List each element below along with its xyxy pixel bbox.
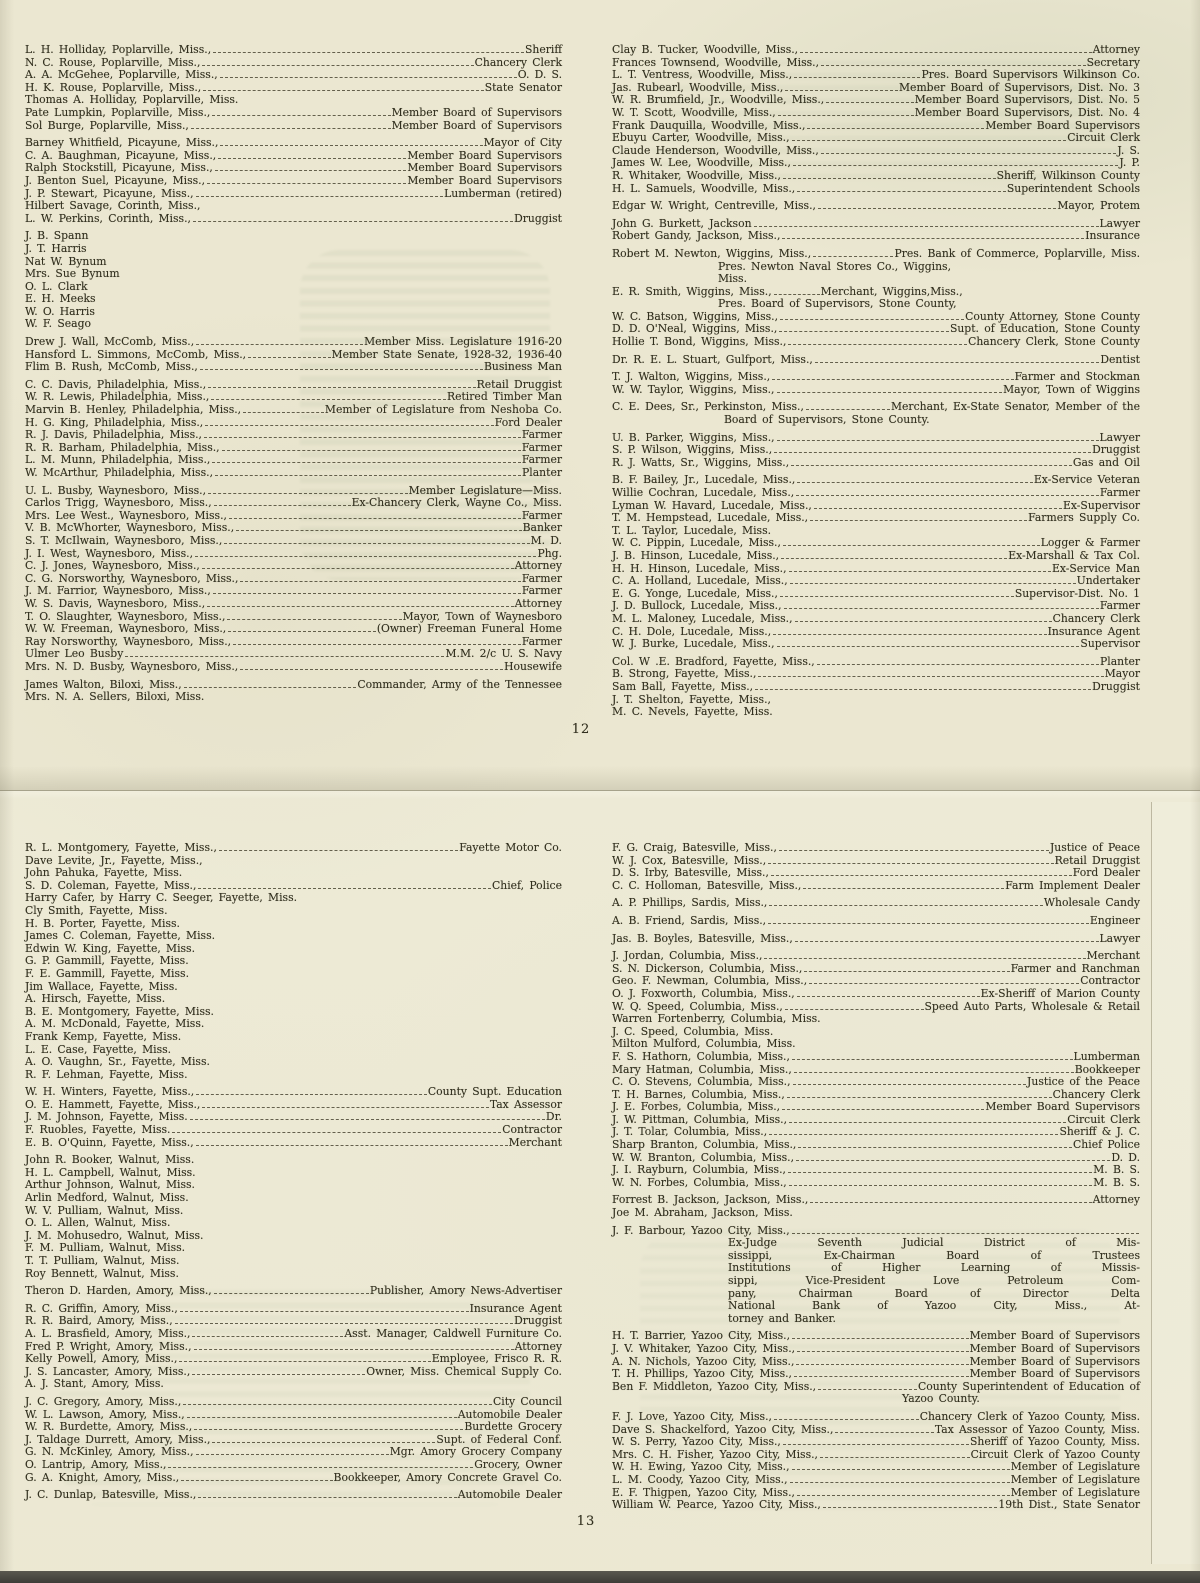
leader-dots (236, 530, 521, 531)
directory-entry: Barney Whitfield, Picayune, Miss.,Mayor … (25, 137, 562, 150)
entry-name: D. S. Irby, Batesville, Miss., (612, 867, 769, 880)
leader-dots (790, 583, 1076, 584)
entry-name: C. A. Holland, Lucedale, Miss., (612, 575, 788, 588)
leader-dots (796, 1160, 1110, 1161)
leader-dots (769, 1134, 1058, 1135)
leader-dots (813, 256, 893, 257)
directory-entry: J. C. Gregory, Amory, Miss.,City Council (25, 1396, 562, 1409)
leader-dots (198, 888, 491, 889)
entry-occupation: Lumberman (1074, 1051, 1140, 1064)
entry-occupation: Ex-Chancery Clerk, Wayne Co., Miss. (352, 497, 562, 510)
directory-entry: R. Whitaker, Woodville, Miss.,Sheriff, W… (612, 170, 1140, 183)
leader-dots (168, 1467, 473, 1468)
leader-dots (792, 1233, 1139, 1234)
entry-name: Clay B. Tucker, Woodville, Miss., (612, 44, 798, 57)
entry-group: Robert M. Newton, Wiggins, Miss.,Pres. B… (612, 248, 1140, 349)
entry-group: R. C. Griffin, Amory, Miss.,Insurance Ag… (25, 1303, 562, 1391)
directory-entry: William W. Pearce, Yazoo City, Miss.,19t… (612, 1499, 1140, 1512)
entry-name: A. O. Vaughn, Sr., Fayette, Miss. (25, 1056, 210, 1069)
entry-occupation: Chancery Clerk (1053, 613, 1140, 626)
entry-name: R. F. Lehman, Fayette, Miss. (25, 1069, 188, 1082)
entry-name: S. T. McIlwain, Waynesboro, Miss., (25, 535, 222, 548)
leader-dots (778, 115, 914, 116)
entry-name: Mrs. Sue Bynum (25, 268, 120, 281)
entry-occupation: Member Board Supervisors (985, 1101, 1140, 1114)
continuation-line: Pres. Newton Naval Stores Co., Wiggins, (718, 261, 1140, 274)
leader-dots (213, 593, 521, 594)
entry-name: Ebuyu Carter, Woodville, Miss., (612, 132, 790, 145)
directory-entry: W. F. Seago (25, 318, 562, 331)
entry-occupation: Mayor, Town of Wiggins (1003, 384, 1140, 397)
entry-group: Barney Whitfield, Picayune, Miss.,Mayor … (25, 137, 562, 225)
continuation-line: Miss. (718, 273, 1140, 286)
entry-name: James C. Coleman, Fayette, Miss. (25, 930, 215, 943)
entry-name: Frank Kemp, Fayette, Miss. (25, 1031, 181, 1044)
directory-entry: Jas. B. Boyles, Batesville, Miss.,Lawyer (612, 933, 1140, 946)
directory-entry: J. Benton Suel, Picayune, Miss.,Member B… (25, 175, 562, 188)
entry-name: F. S. Hathorn, Columbia, Miss., (612, 1051, 790, 1064)
leader-dots (806, 409, 890, 410)
entry-group: H. T. Barrier, Yazoo City, Miss.,Member … (612, 1330, 1140, 1406)
entry-name: W. McArthur, Philadelphia, Miss., (25, 467, 213, 480)
entry-name: R. Whitaker, Woodville, Miss., (612, 170, 781, 183)
entry-name: W. S. Perry, Yazoo City, Miss., (612, 1436, 781, 1449)
entry-occupation: Druggist (1092, 444, 1140, 457)
directory-entry: R. L. Montgomery, Fayette, Miss.,Fayette… (25, 842, 562, 855)
leader-dots (768, 863, 1053, 864)
directory-entry: D. S. Irby, Batesville, Miss.,Ford Deale… (612, 867, 1140, 880)
continuation-line: sippi, Vice-President Love Petroleum Com… (728, 1275, 1140, 1288)
leader-dots (780, 596, 1014, 597)
entry-occupation: O. D. S. (518, 69, 562, 82)
leader-dots (758, 676, 1103, 677)
entry-name: Cly Smith, Fayette, Miss. (25, 905, 168, 918)
entry-occupation: Sheriff of Yazoo County, Miss. (970, 1436, 1140, 1449)
leader-dots (198, 1497, 456, 1498)
entry-group: Col. W .E. Bradford, Fayette, Miss.,Plan… (612, 656, 1140, 719)
entry-group: L. H. Holliday, Poplarville, Miss.,Sheri… (25, 44, 562, 132)
leader-dots (229, 518, 521, 519)
directory-entry: Sharp Branton, Columbia, Miss.,Chief Pol… (612, 1139, 1140, 1152)
page-13-left-column: R. L. Montgomery, Fayette, Miss.,Fayette… (25, 842, 562, 1507)
entry-occupation: Circuit Clerk (1067, 132, 1140, 145)
entry-occupation: Druggist (514, 213, 562, 226)
entry-name: Mrs. N. A. Sellers, Biloxi, Miss. (25, 691, 204, 704)
directory-entry: R. J. Watts, Sr., Wiggins, Miss.,Gas and… (612, 457, 1140, 470)
entry-name: R. J. Watts, Sr., Wiggins, Miss., (612, 457, 789, 470)
leader-dots (768, 923, 1089, 924)
entry-name: A. Hirsch, Fayette, Miss. (25, 993, 165, 1006)
directory-entry: A. O. Vaughn, Sr., Fayette, Miss. (25, 1056, 562, 1069)
entry-occupation: Member of Legislature from Neshoba Co. (325, 404, 562, 417)
leader-dots (774, 294, 820, 295)
entry-name: T. T. Pulliam, Walnut, Miss. (25, 1255, 179, 1268)
directory-entry: J. V. Whitaker, Yazoo City, Miss.,Member… (612, 1343, 1140, 1356)
directory-entry: W. McArthur, Philadelphia, Miss.,Planter (25, 467, 562, 480)
leader-dots (779, 331, 949, 332)
page-number-13: 13 (546, 1514, 626, 1529)
entry-name: O. L. Allen, Walnut, Miss. (25, 1217, 170, 1230)
entry-name: Ben F. Middleton, Yazoo City, Miss., (612, 1381, 816, 1394)
directory-entry: Mrs. N. A. Sellers, Biloxi, Miss. (25, 691, 562, 704)
leader-dots (212, 1442, 435, 1443)
entry-occupation: Housewife (504, 661, 562, 674)
leader-dots (218, 158, 406, 159)
entry-occupation: Ex-Sheriff of Marion County (981, 988, 1140, 1001)
entry-group: R. L. Montgomery, Fayette, Miss.,Fayette… (25, 842, 562, 1081)
leader-dots (196, 1145, 508, 1146)
entry-name: M. C. Nevels, Fayette, Miss. (612, 706, 773, 719)
entry-name: R. L. Montgomery, Fayette, Miss., (25, 842, 217, 855)
leader-dots (795, 621, 1052, 622)
leader-dots (796, 1364, 968, 1365)
leader-dots (792, 140, 1067, 141)
leader-dots (755, 689, 1091, 690)
directory-entry: John R. Booker, Walnut, Miss. (25, 1154, 562, 1167)
entry-name: S. P. Wilson, Wiggins, Miss., (612, 444, 772, 457)
directory-entry: T. M. Hempstead, Lucedale, Miss.,Farmers… (612, 512, 1140, 525)
entry-occupation: Member Board of Supervisors (392, 107, 562, 120)
directory-entry: W. J. Burke, Lucedale, Miss.,Supervisor (612, 638, 1140, 651)
leader-dots (797, 1495, 1010, 1496)
entry-name: C. J. Jones, Waynesboro, Miss., (25, 560, 200, 573)
leader-dots (823, 1507, 997, 1508)
entry-group: John G. Burkett, JacksonLawyerRobert Gan… (612, 218, 1140, 243)
leader-dots (809, 983, 1079, 984)
entry-group: Drew J. Wall, McComb, Miss.,Member Miss.… (25, 336, 562, 374)
entry-group: J. F. Barbour, Yazoo City, Miss.,Ex-Judg… (612, 1225, 1140, 1326)
entry-occupation: Automobile Dealer (458, 1489, 562, 1502)
continuation-line: Yazoo County. (902, 1393, 1140, 1406)
entry-occupation: Chancery Clerk, Stone County (968, 336, 1140, 349)
entry-occupation: Burdette Grocery (464, 1421, 562, 1434)
directory-entry: A. Hirsch, Fayette, Miss. (25, 993, 562, 1006)
directory-entry: E. B. O'Quinn, Fayette, Miss.,Merchant (25, 1137, 562, 1150)
leader-dots (179, 1361, 430, 1362)
entry-group: T. J. Walton, Wiggins, Miss.,Farmer and … (612, 371, 1140, 396)
entry-occupation: Farmer and Stockman (1015, 371, 1140, 384)
continuation-line: Pres. Board of Supervisors, Stone County… (718, 298, 1140, 311)
directory-entry: James C. Coleman, Fayette, Miss. (25, 930, 562, 943)
page-12-left-column: L. H. Holliday, Poplarville, Miss.,Sheri… (25, 44, 562, 709)
entry-name: W. N. Forbes, Columbia, Miss., (612, 1177, 787, 1190)
entry-group: F. G. Craig, Batesville, Miss.,Justice o… (612, 842, 1140, 892)
entry-name: T. H. Phillips, Yazoo City, Miss., (612, 1368, 792, 1381)
leader-dots (772, 379, 1013, 380)
entry-occupation: Planter (522, 467, 562, 480)
entry-occupation: Farmer (1100, 487, 1140, 500)
page-fold-shadow (0, 766, 1200, 790)
leader-dots (220, 77, 517, 78)
entry-occupation: Farmer (522, 429, 562, 442)
leader-dots (797, 191, 1006, 192)
entry-group: U. B. Parker, Wiggins, Miss.,LawyerS. P.… (612, 432, 1140, 470)
entry-name: J. I. Rayburn, Columbia, Miss., (612, 1164, 786, 1177)
directory-entry: Marvin B. Henley, Philadelphia, Miss.,Me… (25, 404, 562, 417)
leader-dots (207, 606, 513, 607)
leader-dots (781, 558, 1007, 559)
entry-name: Theron D. Harden, Amory, Miss., (25, 1285, 212, 1298)
entry-name: Flim B. Rush, McComb, Miss., (25, 361, 198, 374)
entry-name: E. B. O'Quinn, Fayette, Miss., (25, 1137, 194, 1150)
entry-occupation: 19th Dist., State Senator (998, 1499, 1140, 1512)
leader-dots (769, 905, 1043, 906)
entry-occupation: Gas and Oil (1073, 457, 1140, 470)
leader-dots (785, 1009, 924, 1010)
entry-name: Jas. B. Boyles, Batesville, Miss., (612, 933, 793, 946)
leader-dots (180, 1311, 469, 1312)
directory-entry: J. Jordan, Columbia, Miss.,Merchant (612, 950, 1140, 963)
leader-dots (196, 1094, 427, 1095)
directory-entry: Drew J. Wall, McComb, Miss.,Member Miss.… (25, 336, 562, 349)
directory-entry: E. H. Meeks (25, 293, 562, 306)
leader-dots (181, 1480, 332, 1481)
continuation-line: Ex-Judge Seventh Judicial District of Mi… (728, 1237, 1140, 1250)
directory-entry: H. L. Samuels, Woodville, Miss.,Superint… (612, 183, 1140, 196)
directory-entry: J. B. Spann (25, 230, 562, 243)
directory-entry: Clay B. Tucker, Woodville, Miss.,Attorne… (612, 44, 1140, 57)
leader-dots (215, 170, 407, 171)
entry-occupation: Lumberman (retired) (444, 188, 562, 201)
entry-group: Forrest B. Jackson, Jackson, Miss.,Attor… (612, 1194, 1140, 1219)
leader-dots (208, 493, 408, 494)
directory-entry: W. W. Taylor, Wiggins, Miss.,Mayor, Town… (612, 384, 1140, 397)
directory-entry: S. P. Wilson, Wiggins, Miss.,Druggist (612, 444, 1140, 457)
entry-group: James Walton, Biloxi, Miss.,Commander, A… (25, 679, 562, 704)
entry-name: J. E. Forbes, Columbia, Miss., (612, 1101, 780, 1114)
entry-occupation: Member Board of Supervisors (970, 1368, 1140, 1381)
entry-occupation: Pres. Bank of Commerce, Poplarville, Mis… (894, 248, 1140, 261)
directory-entry: J. B. Hinson, Lucedale, Miss.,Ex-Marshal… (612, 550, 1140, 563)
page-13: R. L. Montgomery, Fayette, Miss.,Fayette… (0, 793, 1200, 1572)
directory-entry: W. R. Burdette, Amory, Miss.,Burdette Gr… (25, 1421, 562, 1434)
entry-occupation: Contractor (502, 1124, 562, 1137)
leader-dots (207, 183, 406, 184)
entry-occupation: Member of Legislature (1011, 1474, 1140, 1487)
leader-dots (804, 971, 1009, 972)
entry-occupation: Sheriff (525, 44, 562, 57)
directory-entry: C. J. Jones, Waynesboro, Miss.,Attorney (25, 560, 562, 573)
leader-dots (796, 495, 1099, 496)
leader-dots (194, 1349, 514, 1350)
directory-entry: F. S. Hathorn, Columbia, Miss.,Lumberman (612, 1051, 1140, 1064)
leader-dots (194, 1429, 463, 1430)
entry-name: A. L. Brasfield, Amory, Miss., (25, 1328, 190, 1341)
directory-entry: Robert M. Newton, Wiggins, Miss.,Pres. B… (612, 248, 1140, 261)
entry-occupation: Publisher, Amory News-Advertiser (370, 1285, 562, 1298)
directory-entry: Roy Bennett, Walnut, Miss. (25, 1268, 562, 1281)
entry-name: J. C. Dunlap, Batesville, Miss., (25, 1489, 196, 1502)
leader-dots (791, 465, 1072, 466)
leader-dots (826, 102, 914, 103)
leader-dots (818, 1389, 917, 1390)
entry-group: C. C. Davis, Philadelphia, Miss.,Retail … (25, 379, 562, 480)
entry-group: B. F. Bailey, Jr., Lucedale, Miss.,Ex-Se… (612, 474, 1140, 650)
entry-name: Edgar W. Wright, Centreville, Miss., (612, 200, 816, 213)
continuation-line: National Bank of Yazoo City, Miss., At- (728, 1300, 1140, 1313)
directory-entry: J. T. Harris (25, 243, 562, 256)
directory-entry: Sam Ball, Fayette, Miss.,Druggist (612, 681, 1140, 694)
entry-occupation: Attorney (515, 598, 562, 611)
entry-name: F. G. Craig, Batesville, Miss., (612, 842, 777, 855)
entry-occupation: County Supt. Education (428, 1086, 562, 1099)
directory-entry: F. G. Craig, Batesville, Miss.,Justice o… (612, 842, 1140, 855)
directory-entry: A. B. Friend, Sardis, Miss.,Engineer (612, 915, 1140, 928)
entry-name: L. W. Perkins, Corinth, Miss., (25, 213, 191, 226)
entry-name: Hollie T. Bond, Wiggins, Miss., (612, 336, 786, 349)
entry-occupation: Attorney (1093, 1194, 1140, 1207)
entry-group: Clay B. Tucker, Woodville, Miss.,Attorne… (612, 44, 1140, 195)
leader-dots (787, 1097, 1052, 1098)
entry-name: J. T. Harris (25, 243, 87, 256)
entry-name: A. A. McGehee, Poplarville, Miss., (25, 69, 218, 82)
leader-dots (789, 571, 1051, 572)
entry-name: J. Benton Suel, Picayune, Miss., (25, 175, 205, 188)
entry-name: Carlos Trigg, Waynesboro, Miss., (25, 497, 212, 510)
leader-dots (788, 1172, 1092, 1173)
entry-occupation: Member Miss. Legislature 1916-20 (364, 336, 562, 349)
leader-dots (797, 1351, 969, 1352)
leader-dots (835, 1432, 933, 1433)
entry-name: Hilbert Savage, Corinth, Miss., (25, 200, 200, 213)
entry-name: W. W. Taylor, Wiggins, Miss., (612, 384, 775, 397)
directory-entry: J. I. Rayburn, Columbia, Miss.,M. B. S. (612, 1164, 1140, 1177)
directory-entry: Ben F. Middleton, Yazoo City, Miss.,Coun… (612, 1381, 1140, 1394)
directory-entry: A. J. Stant, Amory, Miss. (25, 1378, 562, 1391)
directory-entry: O. L. Clark (25, 281, 562, 294)
entry-occupation: Member Board of Supervisors (392, 120, 562, 133)
leader-dots (754, 226, 1099, 227)
entry-group: Theron D. Harden, Amory, Miss.,Publisher… (25, 1285, 562, 1298)
entry-name: W. J. Burke, Lucedale, Miss., (612, 638, 775, 651)
directory-entry: J. C. Dunlap, Batesville, Miss.,Automobi… (25, 1489, 562, 1502)
leader-dots (794, 1376, 969, 1377)
leader-dots (240, 669, 503, 670)
entry-name: Roy Bennett, Walnut, Miss. (25, 1268, 179, 1281)
entry-name: Robert Gandy, Jackson, Miss., (612, 230, 780, 243)
directory-entry: Flim B. Rush, McComb, Miss.,Business Man (25, 361, 562, 374)
directory-entry: Sol Burge, Poplarville, Miss.,Member Boa… (25, 120, 562, 133)
leader-dots (184, 687, 357, 688)
leader-dots (814, 508, 1062, 509)
directory-entry: W. W. Freeman, Waynesboro, Miss.,(Owner)… (25, 623, 562, 636)
entry-name: W. T. Scott, Woodville, Miss., (612, 107, 776, 120)
leader-dots (782, 1109, 984, 1110)
leader-dots (788, 344, 967, 345)
directory-entry: W. N. Forbes, Columbia, Miss.,M. B. S. (612, 1177, 1140, 1190)
leader-dots (190, 1119, 545, 1120)
directory-entry: A. L. Brasfield, Amory, Miss.,Asst. Mana… (25, 1328, 562, 1341)
entry-name: O. Lantrip, Amory, Miss., (25, 1459, 166, 1472)
entry-name: O. J. Foxworth, Columbia, Miss., (612, 988, 795, 1001)
directory-entry: T. J. Walton, Wiggins, Miss.,Farmer and … (612, 371, 1140, 384)
entry-occupation: Chief, Police (492, 880, 562, 893)
leader-dots (205, 425, 494, 426)
leader-dots (795, 941, 1099, 942)
leader-dots (187, 1417, 457, 1418)
directory-entry: A. A. McGehee, Poplarville, Miss.,O. D. … (25, 69, 562, 82)
bottom-scan-edge (0, 1571, 1200, 1583)
leader-dots (777, 646, 1080, 647)
directory-entry: Carlos Trigg, Waynesboro, Miss.,Ex-Chanc… (25, 497, 562, 510)
entry-occupation: Attorney (1093, 44, 1140, 57)
leader-dots (810, 1202, 1091, 1203)
directory-entry: A. P. Phillips, Sardis, Miss.,Wholesale … (612, 897, 1140, 910)
leader-dots (220, 145, 482, 146)
entry-occupation: M. B. S. (1093, 1177, 1140, 1190)
entry-name: A. P. Phillips, Sardis, Miss., (612, 897, 767, 910)
directory-entry: S. T. McIlwain, Waynesboro, Miss.,M. D. (25, 535, 562, 548)
entry-occupation: Bookkeeper, Amory Concrete Gravel Co. (334, 1472, 562, 1485)
entry-occupation: State Senator (485, 82, 562, 95)
entry-name: Marvin B. Henley, Philadelphia, Miss., (25, 404, 241, 417)
entry-occupation: City Council (493, 1396, 562, 1409)
directory-entry: Mrs. Sue Bynum (25, 268, 562, 281)
directory-entry: Willie Cochran, Lucedale, Miss.,Farmer (612, 487, 1140, 500)
entry-name: E. H. Meeks (25, 293, 96, 306)
directory-entry: Dr. R. E. L. Stuart, Gulfport, Miss.,Den… (612, 354, 1140, 367)
leader-dots (195, 556, 536, 557)
entry-name: Mrs. N. D. Busby, Waynesboro, Miss., (25, 661, 238, 674)
directory-entry: W. O. Harris (25, 306, 562, 319)
entry-occupation: Merchant (509, 1137, 562, 1150)
leader-dots (777, 440, 1099, 441)
entry-occupation: Commander, Army of the Tennessee (357, 679, 562, 692)
entry-occupation: Wholesale Candy (1044, 897, 1140, 910)
leader-dots (783, 1444, 969, 1445)
directory-entry: W. S. Perry, Yazoo City, Miss.,Sheriff o… (612, 1436, 1140, 1449)
directory-entry: Warren Fortenberry, Columbia, Miss. (612, 1013, 1140, 1026)
directory-entry: L. T. Ventress, Woodville, Miss.,Pres. B… (612, 69, 1140, 82)
entry-occupation: Chancery Clerk of Yazoo County, Miss. (920, 1411, 1140, 1424)
leader-dots (227, 619, 401, 620)
leader-dots (779, 850, 1049, 851)
entry-group: A. P. Phillips, Sardis, Miss.,Wholesale … (612, 897, 1140, 910)
entry-name: W. S. Davis, Waynesboro, Miss., (25, 598, 205, 611)
leader-dots (193, 221, 513, 222)
directory-entry: O. L. Allen, Walnut, Miss. (25, 1217, 562, 1230)
leader-dots (782, 238, 1084, 239)
leader-dots (192, 1374, 365, 1375)
entry-occupation: Speed Auto Parts, Wholesale & Retail (925, 1001, 1140, 1014)
directory-entry: Kelly Powell, Amory, Miss.,Employee, Fri… (25, 1353, 562, 1366)
leader-dots (794, 77, 920, 78)
continuation-line: torney and Banker. (728, 1313, 1140, 1326)
entry-name: W. H. Winters, Fayette, Miss., (25, 1086, 194, 1099)
directory-entry: O. Lantrip, Amory, Miss.,Grocery, Owner (25, 1459, 562, 1472)
entry-occupation: Member Board Supervisors, Dist. No. 4 (915, 107, 1140, 120)
entry-occupation: M. D. (531, 535, 562, 548)
entry-occupation: Insurance (1085, 230, 1140, 243)
entry-name: A. J. Stant, Amory, Miss. (25, 1378, 164, 1391)
entry-name: Pate Lumpkin, Poplarville, Miss., (25, 107, 210, 120)
entry-name: Sharp Branton, Columbia, Miss., (612, 1139, 796, 1152)
leader-dots (821, 65, 1086, 66)
leader-dots (175, 1323, 513, 1324)
entry-name: William W. Pearce, Yazoo City, Miss., (612, 1499, 821, 1512)
directory-entry: John Pahuka, Fayette, Miss. (25, 867, 562, 880)
directory-entry: L. M. Coody, Yazoo City, Miss.,Member of… (612, 1474, 1140, 1487)
leader-dots (213, 52, 524, 53)
leader-dots (821, 153, 1117, 154)
leader-dots (784, 608, 1099, 609)
leader-dots (774, 1419, 919, 1420)
entry-name: J. B. Hinson, Lucedale, Miss., (612, 550, 779, 563)
entry-name: L. M. Coody, Yazoo City, Miss., (612, 1474, 788, 1487)
entry-name: J. V. Whitaker, Yazoo City, Miss., (612, 1343, 795, 1356)
directory-entry: Arlin Medford, Walnut, Miss. (25, 1192, 562, 1205)
entry-name: Warren Fortenberry, Columbia, Miss. (612, 1013, 821, 1026)
